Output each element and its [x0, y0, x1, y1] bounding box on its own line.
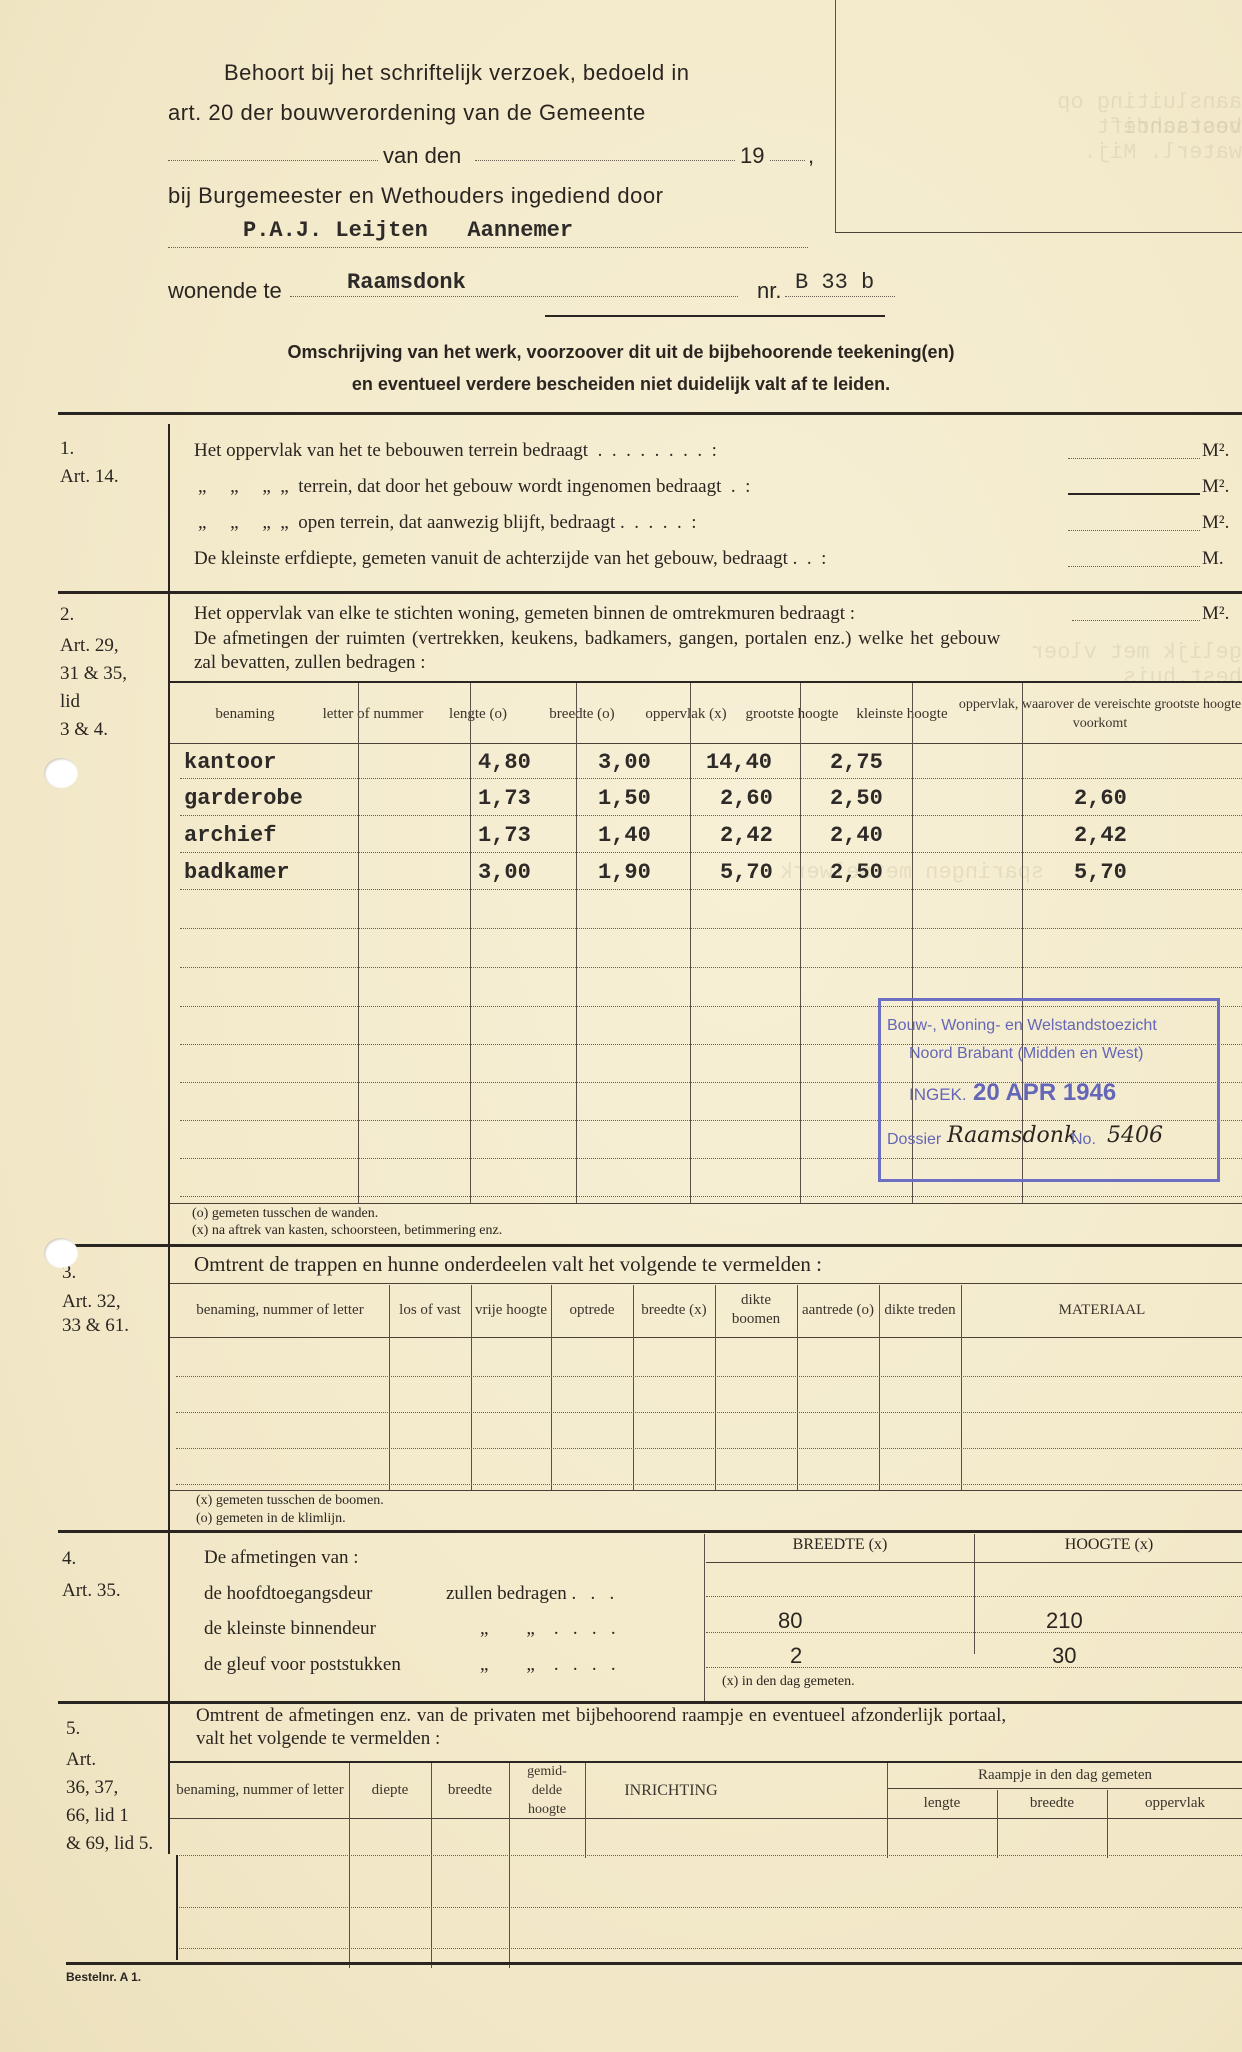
- stamp-date: 20 APR 1946: [973, 1079, 1116, 1107]
- cell-breedte[interactable]: 3,00: [598, 750, 651, 775]
- s4-row-suffix: zullen bedragen . . .: [446, 1583, 614, 1605]
- col-divider: [879, 1285, 880, 1490]
- cell-oppervlak[interactable]: 5,70: [720, 860, 773, 885]
- bleed-through-text: voorschrift waterl. Mij.: [1000, 115, 1242, 165]
- col-divider: [470, 683, 471, 1203]
- cell-oppervlak-hoogte[interactable]: 5,70: [1074, 860, 1127, 885]
- col-header-inrichting: INRICHTING: [586, 1763, 756, 1817]
- cell-breedte[interactable]: 1,40: [598, 823, 651, 848]
- year-field[interactable]: [770, 160, 805, 161]
- section-divider: [58, 591, 1242, 594]
- s1-unit: M².: [1202, 440, 1229, 462]
- s5-intro1: Omtrent de afmetingen enz. van de privat…: [196, 1705, 1006, 1727]
- form-code: Bestelnr. A 1.: [66, 1970, 141, 1984]
- col-divider: [509, 1858, 510, 1968]
- col-divider: [471, 1285, 472, 1490]
- stamp-ingek-label: INGEK.: [909, 1085, 967, 1105]
- s3-footnote2: (o) gemeten in de klimlijn.: [196, 1511, 346, 1527]
- cell-benaming[interactable]: badkamer: [184, 860, 290, 885]
- row-line: [180, 928, 1242, 929]
- wonende-field: [290, 296, 738, 297]
- row-line: [180, 889, 1242, 890]
- section1-article: Art. 14.: [60, 466, 119, 488]
- cell-oppervlak[interactable]: 2,60: [720, 786, 773, 811]
- table-bottom-rule: [170, 1203, 1242, 1204]
- row-line: [180, 852, 1242, 853]
- art-line: Art. 29,: [60, 632, 127, 660]
- table-bottom-rule: [170, 1490, 1242, 1491]
- section1-number: 1.: [60, 438, 74, 460]
- col-header-materiaal: MATERIAAL: [962, 1285, 1242, 1335]
- col-header-breedte: BREEDTE (x): [706, 1536, 974, 1554]
- row-line: [176, 1484, 1242, 1485]
- row-line: [176, 1376, 1242, 1377]
- header-line2: art. 20 der bouwverordening van de Gemee…: [168, 100, 646, 126]
- wonende-label: wonende te: [168, 278, 282, 304]
- art-line: 3 & 4.: [60, 716, 127, 744]
- cell-grootste-hoogte[interactable]: 2,75: [830, 750, 883, 775]
- row-line: [176, 1412, 1242, 1413]
- s2-intro2: De afmetingen der ruimten (vertrekken, k…: [194, 628, 1000, 650]
- table-top-rule: [170, 1283, 1242, 1284]
- col-header-raampje-lengte: lengte: [888, 1790, 996, 1816]
- col-header-breedte: breedte (x): [634, 1285, 714, 1335]
- s1-row-label: Het oppervlak van het te bebouwen terrei…: [194, 440, 717, 462]
- gleuf-hoogte[interactable]: 30: [1052, 1643, 1076, 1669]
- art-line: 33 & 61.: [62, 1314, 129, 1338]
- s2-woning-oppervlak-field[interactable]: [1072, 620, 1200, 621]
- row-line: [180, 967, 1242, 968]
- margin-divider: [176, 1855, 178, 1960]
- row-line: [180, 1196, 1242, 1197]
- cell-oppervlak[interactable]: 14,40: [706, 750, 772, 775]
- cell-breedte[interactable]: 1,50: [598, 786, 651, 811]
- cell-lengte[interactable]: 1,73: [478, 786, 531, 811]
- cell-oppervlak[interactable]: 2,42: [720, 823, 773, 848]
- punch-hole: [44, 758, 78, 788]
- col-divider: [997, 1790, 998, 1858]
- s1-unit: M².: [1202, 476, 1229, 498]
- s1-open-field[interactable]: [1068, 530, 1200, 531]
- cell-breedte[interactable]: 1,90: [598, 860, 651, 885]
- col-header-diepte: diepte: [350, 1763, 430, 1817]
- col-divider: [1107, 1790, 1108, 1858]
- art-line: & 69, lid 5.: [66, 1830, 153, 1858]
- section5-article: Art. 36, 37, 66, lid 1 & 69, lid 5.: [66, 1746, 153, 1858]
- wonende-value[interactable]: Raamsdonk: [347, 270, 466, 295]
- table-header-rule: [706, 1562, 1242, 1563]
- applicant-value[interactable]: P.A.J. Leijten Aannemer: [243, 218, 573, 243]
- row-line: [706, 1667, 1242, 1668]
- s2-intro3: zal bevatten, zullen bedragen :: [194, 652, 426, 674]
- description-line1: Omschrijving van het werk, voorzoover di…: [0, 342, 1242, 363]
- col-header-aantrede: aantrede (o): [798, 1285, 878, 1335]
- col-header-los-vast: los of vast: [390, 1285, 470, 1335]
- cell-oppervlak-hoogte[interactable]: 2,60: [1074, 786, 1127, 811]
- row-line: [176, 1907, 1242, 1908]
- cell-oppervlak-hoogte[interactable]: 2,42: [1074, 823, 1127, 848]
- cell-benaming[interactable]: garderobe: [184, 786, 303, 811]
- col-divider: [431, 1858, 432, 1968]
- s4-intro: De afmetingen van :: [204, 1547, 359, 1569]
- art-line: Art.: [66, 1746, 153, 1774]
- col-divider: [358, 683, 359, 1203]
- s2-footnote2: (x) na aftrek van kasten, schoorsteen, b…: [192, 1223, 502, 1239]
- section2-article: Art. 29, 31 & 35, lid 3 & 4.: [60, 632, 127, 744]
- col-header-dikte-boomen: dikte boomen: [716, 1285, 796, 1335]
- kleinste-binnendeur-breedte[interactable]: 80: [778, 1608, 802, 1634]
- section-divider: [66, 1962, 1242, 1965]
- s3-footnote1: (x) gemeten tusschen de boomen.: [196, 1493, 384, 1509]
- row-line: [176, 1448, 1242, 1449]
- col-header-lengte: lengte (o): [428, 686, 528, 742]
- form-border: [835, 0, 836, 232]
- col-divider: [431, 1763, 432, 1858]
- raampje-subheader-rule: [888, 1788, 1242, 1789]
- section5-number: 5.: [66, 1718, 80, 1740]
- cell-grootste-hoogte[interactable]: 2,50: [830, 786, 883, 811]
- art-line: 31 & 35,: [60, 660, 127, 688]
- header-line1: Behoort bij het schriftelijk verzoek, be…: [224, 60, 689, 86]
- cell-grootste-hoogte[interactable]: 2,50: [830, 860, 883, 885]
- stamp-line2: Noord Brabant (Midden en West): [909, 1045, 1143, 1063]
- section-divider: [58, 412, 1242, 415]
- cell-benaming[interactable]: kantoor: [184, 750, 276, 775]
- kleinste-binnendeur-hoogte[interactable]: 210: [1046, 1608, 1083, 1634]
- col-header-benaming: benaming, nummer of letter: [172, 1285, 388, 1335]
- s4-footnote: (x) in den dag gemeten.: [722, 1674, 855, 1690]
- s1-row-label: „ „ „ „ terrein, dat door het gebouw wor…: [198, 476, 750, 498]
- cell-lengte[interactable]: 4,80: [478, 750, 531, 775]
- date-day-field[interactable]: [168, 160, 378, 161]
- stamp-dossier-label: Dossier: [887, 1131, 941, 1149]
- header-line4: bij Burgemeester en Wethouders ingediend…: [168, 183, 663, 209]
- col-header-benaming: benaming, nummer of letter: [172, 1763, 348, 1817]
- stamp-dossier-handwritten: Raamsdonk: [947, 1123, 1077, 1148]
- s1-row-label: De kleinste erfdiepte, gemeten vanuit de…: [194, 548, 826, 570]
- col-header-optrede: optrede: [552, 1285, 632, 1335]
- s4-row-suffix: „ „ . . . .: [480, 1654, 616, 1676]
- cell-benaming[interactable]: archief: [184, 823, 276, 848]
- row-line: [176, 1855, 1242, 1856]
- col-divider: [690, 683, 691, 1203]
- col-divider: [797, 1285, 798, 1490]
- s1-row-label: „ „ „ „ open terrein, dat aanwezig blijf…: [198, 512, 697, 534]
- art-line: lid: [60, 688, 127, 716]
- comma: ,: [808, 143, 814, 169]
- year-prefix: 19: [740, 143, 764, 169]
- col-divider: [389, 1285, 390, 1490]
- table-header-rule: [170, 743, 1242, 744]
- cell-lengte[interactable]: 3,00: [478, 860, 531, 885]
- col-header-vrije-hoogte: vrije hoogte: [472, 1285, 550, 1335]
- col-header-kleinste-hoogte: kleinste hoogte: [848, 686, 956, 742]
- col-divider: [974, 1534, 975, 1654]
- col-header-raampje: Raampje in den dag gemeten: [888, 1763, 1242, 1787]
- col-divider: [349, 1763, 350, 1858]
- nr-field: [785, 296, 895, 297]
- section3-article: Art. 32, 33 & 61.: [62, 1290, 129, 1338]
- van-den-label: van den: [383, 143, 461, 169]
- divider: [545, 315, 885, 317]
- art-line: 66, lid 1: [66, 1802, 153, 1830]
- stamp-line1: Bouw-, Woning- en Welstandstoezicht: [887, 1017, 1157, 1035]
- section4-number: 4.: [62, 1548, 76, 1570]
- table-header-rule: [170, 1337, 1242, 1338]
- description-line2: en eventueel verdere bescheiden niet dui…: [0, 374, 1242, 395]
- art-line: 36, 37,: [66, 1774, 153, 1802]
- s2-footnote1: (o) gemeten tusschen de wanden.: [192, 1206, 378, 1222]
- s2-intro1: Het oppervlak van elke te stichten wonin…: [194, 603, 855, 625]
- table-header-rule: [170, 1818, 1242, 1819]
- s4-row-label: de hoofdtoegangsdeur: [204, 1583, 372, 1605]
- col-divider: [585, 1763, 586, 1858]
- col-divider: [633, 1285, 634, 1490]
- section-divider: [58, 1244, 1242, 1247]
- col-header-oppervlak-hoogte: oppervlak, waarover de vereischte groots…: [958, 686, 1242, 742]
- s2-unit: M².: [1202, 603, 1229, 625]
- col-header-breedte: breedte: [432, 1763, 508, 1817]
- col-divider: [704, 1534, 705, 1702]
- col-header-gemiddelde-hoogte: gemid-delde hoogte: [510, 1763, 584, 1817]
- gleuf-breedte[interactable]: 2: [790, 1643, 802, 1669]
- nr-value[interactable]: B 33 b: [795, 270, 874, 295]
- row-line: [706, 1596, 1242, 1597]
- s1-unit: M².: [1202, 512, 1229, 534]
- col-divider: [551, 1285, 552, 1490]
- nr-label: nr.: [757, 278, 781, 304]
- col-divider: [800, 683, 801, 1203]
- section-divider: [58, 1530, 1242, 1533]
- form-border: [835, 232, 1242, 233]
- col-divider: [887, 1763, 888, 1858]
- col-header-hoogte: HOOGTE (x): [976, 1536, 1242, 1554]
- section-divider: [58, 1701, 1242, 1704]
- col-divider: [961, 1285, 962, 1490]
- section2-number: 2.: [60, 604, 74, 626]
- date-month-field[interactable]: [475, 160, 735, 161]
- col-divider: [509, 1763, 510, 1858]
- col-header-raampje-oppervlak: oppervlak: [1108, 1790, 1242, 1816]
- row-line: [180, 778, 1242, 779]
- s4-row-label: de kleinste binnendeur: [204, 1618, 376, 1640]
- col-header-dikte-treden: dikte treden: [880, 1285, 960, 1335]
- cell-grootste-hoogte[interactable]: 2,40: [830, 823, 883, 848]
- col-divider: [576, 683, 577, 1203]
- receipt-stamp: Bouw-, Woning- en Welstandstoezicht Noor…: [878, 998, 1220, 1182]
- col-header-letter: letter of nummer: [320, 686, 426, 742]
- stamp-no-label: No.: [1071, 1131, 1096, 1149]
- s5-intro2: valt het volgende te vermelden :: [196, 1728, 440, 1750]
- col-header-grootste-hoogte: grootste hoogte: [738, 686, 846, 742]
- row-line: [176, 1948, 1242, 1949]
- section4-article: Art. 35.: [62, 1580, 121, 1602]
- col-header-oppervlak: oppervlak (x): [636, 686, 736, 742]
- table-top-rule: [170, 681, 1242, 683]
- s1-bebouwd-field[interactable]: [1068, 493, 1200, 495]
- col-header-benaming: benaming: [172, 686, 318, 742]
- col-divider: [715, 1285, 716, 1490]
- s4-row-label: de gleuf voor poststukken: [204, 1654, 401, 1676]
- cell-lengte[interactable]: 1,73: [478, 823, 531, 848]
- row-line: [180, 815, 1242, 816]
- s1-terrein-field[interactable]: [1068, 458, 1200, 459]
- applicant-field: [168, 247, 808, 248]
- punch-hole: [44, 1238, 78, 1268]
- s1-unit: M.: [1202, 548, 1224, 570]
- s4-row-suffix: „ „ . . . .: [480, 1618, 616, 1640]
- col-divider: [349, 1858, 350, 1968]
- s3-intro: Omtrent de trappen en hunne onderdeelen …: [194, 1252, 822, 1277]
- col-header-raampje-breedte: breedte: [998, 1790, 1106, 1816]
- margin-divider: [168, 424, 170, 1854]
- col-header-breedte: breedte (o): [530, 686, 634, 742]
- s1-erfdiepte-field[interactable]: [1068, 566, 1200, 567]
- art-line: Art. 32,: [62, 1290, 129, 1314]
- stamp-no-handwritten: 5406: [1107, 1123, 1163, 1148]
